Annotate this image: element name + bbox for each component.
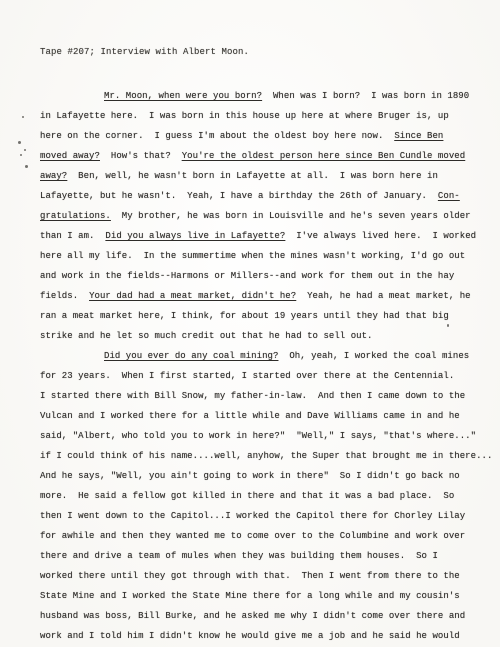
underlined-text-segment: Your dad had a meat market, didn't he? [89, 291, 296, 301]
text-segment: there and drive a team of mules when the… [40, 551, 438, 561]
text-segment: work and I told him I didn't know he wou… [40, 631, 460, 641]
text-segment: fields. [40, 291, 89, 301]
text-line: there and drive a team of mules when the… [40, 546, 480, 566]
text-line: more. He said a fellow got killed in the… [40, 486, 480, 506]
underlined-text-segment: Con- [438, 191, 460, 201]
scan-speck [20, 154, 22, 156]
text-segment: State Mine and I worked the State Mine t… [40, 591, 460, 601]
text-segment: for awhile and then they wanted me to co… [40, 531, 465, 541]
text-segment: ran a meat market here, I think, for abo… [40, 311, 449, 321]
text-segment: Vulcan and I worked there for a little w… [40, 411, 460, 421]
text-line: away? Ben, well, he wasn't born in Lafay… [40, 166, 480, 186]
scan-speck [18, 141, 21, 144]
text-segment: for 23 years. When I first started, I st… [40, 371, 454, 381]
text-segment: Yeah, he had a meat market, he [296, 291, 470, 301]
underlined-text-segment: Since Ben [394, 131, 443, 141]
text-line: here on the corner. I guess I'm about th… [40, 126, 480, 146]
text-segment: and work in the fields--Harmons or Mille… [40, 271, 454, 281]
scan-speck [22, 116, 24, 118]
text-segment: When was I born? I was born in 1890 [262, 91, 469, 101]
text-line: said, "Albert, who told you to work in h… [40, 426, 480, 446]
scan-speck [25, 165, 28, 168]
document-body: Mr. Moon, when were you born? When was I… [40, 86, 480, 646]
text-line: and work in the fields--Harmons or Mille… [40, 266, 480, 286]
text-segment: I've always lived here. I worked [285, 231, 476, 241]
underlined-text-segment: Did you always live in Lafayette? [105, 231, 285, 241]
text-segment: said, "Albert, who told you to work in h… [40, 431, 476, 441]
text-segment: here all my life. In the summertime when… [40, 251, 465, 261]
text-line: And he says, "Well, you ain't going to w… [40, 466, 480, 486]
scan-speck [24, 149, 26, 151]
text-segment: then I went down to the Capitol...I work… [40, 511, 465, 521]
text-segment: And he says, "Well, you ain't going to w… [40, 471, 460, 481]
text-segment: worked there until they got through with… [40, 571, 460, 581]
text-segment: Oh, yeah, I worked the coal mines [278, 351, 469, 361]
text-segment: here on the corner. I guess I'm about th… [40, 131, 394, 141]
text-segment: if I could think of his name....well, an… [40, 451, 492, 461]
scanned-text-layer: Tape #207; Interview with Albert Moon. M… [0, 0, 500, 647]
text-segment: strike and he let so much credit out tha… [40, 331, 373, 341]
text-line: for awhile and then they wanted me to co… [40, 526, 480, 546]
underlined-text-segment: away? [40, 171, 67, 181]
text-segment: than I am. [40, 231, 105, 241]
text-line: Did you ever do any coal mining? Oh, yea… [40, 346, 480, 366]
text-line: fields. Your dad had a meat market, didn… [40, 286, 480, 306]
text-line: Vulcan and I worked there for a little w… [40, 406, 480, 426]
text-line: State Mine and I worked the State Mine t… [40, 586, 480, 606]
text-line: than I am. Did you always live in Lafaye… [40, 226, 480, 246]
text-line: work and I told him I didn't know he wou… [40, 626, 480, 646]
text-line: Lafayette, but he wasn't. Yeah, I have a… [40, 186, 480, 206]
underlined-text-segment: gratulations. [40, 211, 111, 221]
document-page: Tape #207; Interview with Albert Moon. M… [0, 0, 500, 647]
text-segment: Ben, well, he wasn't born in Lafayette a… [67, 171, 438, 181]
text-line: Mr. Moon, when were you born? When was I… [40, 86, 480, 106]
text-line: if I could think of his name....well, an… [40, 446, 480, 466]
text-segment: How's that? [100, 151, 182, 161]
text-line: here all my life. In the summertime when… [40, 246, 480, 266]
document-title: Tape #207; Interview with Albert Moon. [40, 47, 249, 57]
text-segment: in Lafayette here. I was born in this ho… [40, 111, 449, 121]
underlined-text-segment: Mr. Moon, when were you born? [104, 91, 262, 101]
text-line: husband was boss, Bill Burke, and he ask… [40, 606, 480, 626]
text-segment: Lafayette, but he wasn't. Yeah, I have a… [40, 191, 438, 201]
underlined-text-segment: You're the oldest person here since Ben … [182, 151, 465, 161]
underlined-text-segment: Did you ever do any coal mining? [104, 351, 278, 361]
text-line: for 23 years. When I first started, I st… [40, 366, 480, 386]
text-segment: My brother, he was born in Louisville an… [111, 211, 471, 221]
text-segment: more. He said a fellow got killed in the… [40, 491, 454, 501]
text-line: ran a meat market here, I think, for abo… [40, 306, 480, 326]
text-line: I started there with Bill Snow, my fathe… [40, 386, 480, 406]
scan-speck [447, 324, 449, 327]
text-line: in Lafayette here. I was born in this ho… [40, 106, 480, 126]
text-line: then I went down to the Capitol...I work… [40, 506, 480, 526]
text-line: worked there until they got through with… [40, 566, 480, 586]
text-segment: I started there with Bill Snow, my fathe… [40, 391, 465, 401]
underlined-text-segment: moved away? [40, 151, 100, 161]
text-line: strike and he let so much credit out tha… [40, 326, 480, 346]
text-segment: husband was boss, Bill Burke, and he ask… [40, 611, 465, 621]
text-line: moved away? How's that? You're the oldes… [40, 146, 480, 166]
text-line: gratulations. My brother, he was born in… [40, 206, 480, 226]
